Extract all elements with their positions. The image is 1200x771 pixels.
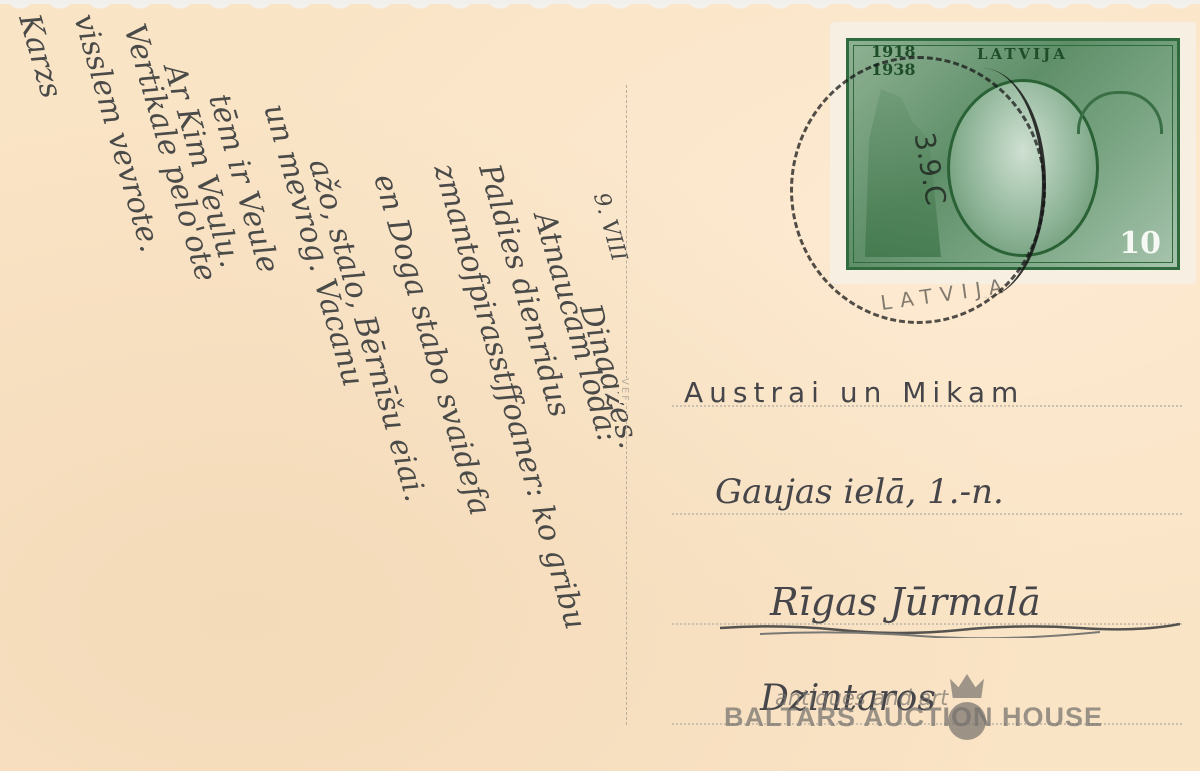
message-date: 9. VIII	[588, 190, 631, 264]
center-divider	[626, 85, 627, 725]
printer-mark: VEF	[619, 378, 630, 403]
stamp-value: 10	[1119, 226, 1161, 261]
underline-icon	[720, 622, 1180, 638]
postcard: 9. VIII Dinadzes. Atnaucam loda: Paldies…	[0, 0, 1200, 771]
address-line	[672, 513, 1182, 515]
address-street: Gaujas ielā, 1.-n.	[715, 472, 1004, 512]
message-line: Karzs	[11, 10, 68, 102]
watermark-name: BALTARS AUCTION HOUSE	[724, 702, 1103, 733]
crown-icon	[950, 674, 984, 698]
bridge-icon	[1077, 91, 1163, 134]
address-city: Rīgas Jūrmalā	[770, 580, 1041, 624]
scalloped-edge	[0, 0, 1200, 14]
stamp-country: LATVIJA	[977, 45, 1068, 63]
address-recipient: Austrai un Mikam	[684, 376, 1024, 409]
